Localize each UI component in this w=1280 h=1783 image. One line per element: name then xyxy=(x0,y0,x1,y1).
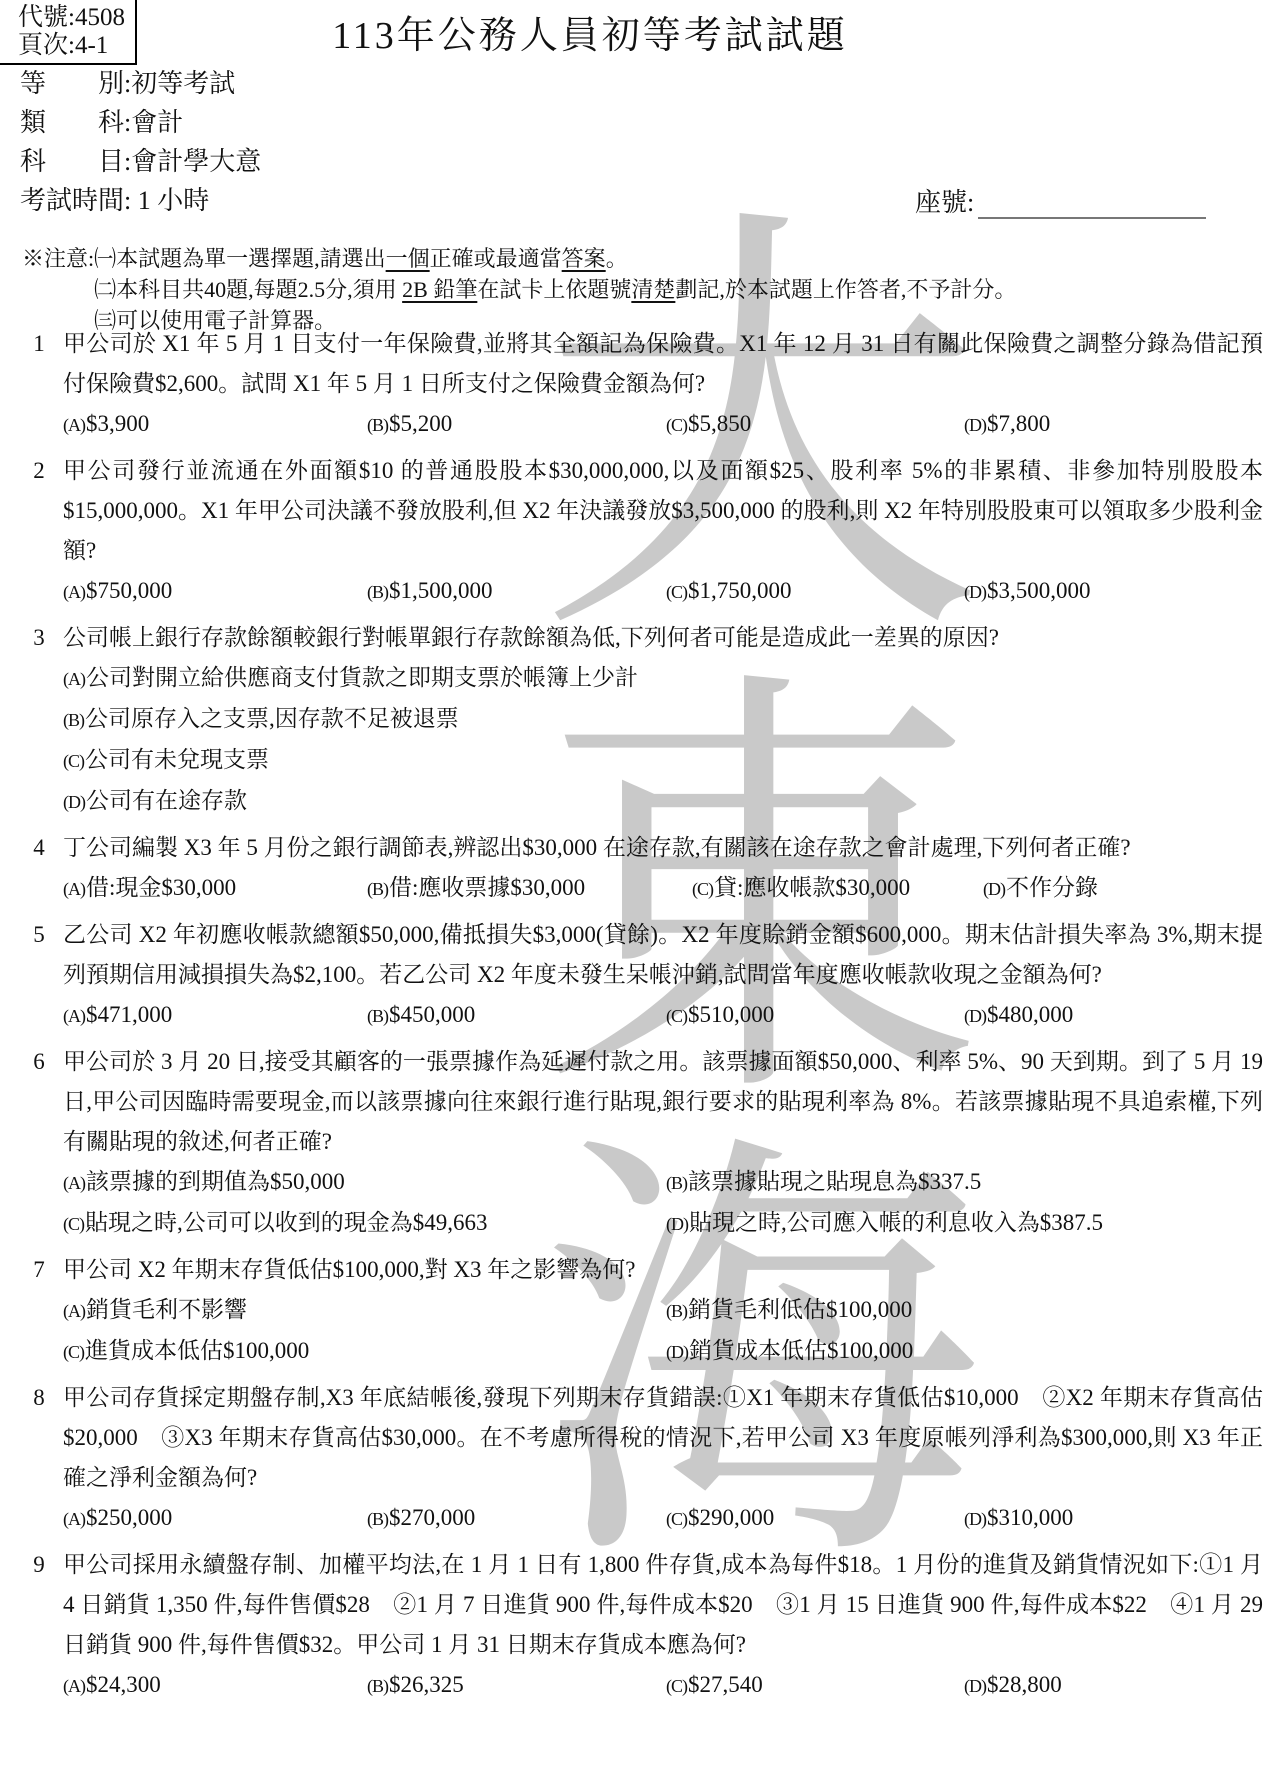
option-D: (D)不作分錄 xyxy=(983,868,1263,909)
option-B: (B)$270,000 xyxy=(367,1498,666,1539)
option-D: (D)$3,500,000 xyxy=(964,571,1263,612)
options: (A)$24,300(B)$26,325(C)$27,540(D)$28,800 xyxy=(63,1665,1263,1706)
option-key: (D) xyxy=(964,582,987,602)
option-text: $1,750,000 xyxy=(688,578,792,603)
question-text: 甲公司於 X1 年 5 月 1 日支付一年保險費,並將其全額記為保險費。X1 年… xyxy=(63,324,1263,404)
option-key: (D) xyxy=(666,1342,689,1362)
option-key: (A) xyxy=(63,1509,86,1529)
question-text: 乙公司 X2 年初應收帳款總額$50,000,備抵損失$3,000(貸餘)。X2… xyxy=(63,915,1263,995)
option-A: (A)借:現金$30,000 xyxy=(63,868,367,909)
options: (A)$250,000(B)$270,000(C)$290,000(D)$310… xyxy=(63,1498,1263,1539)
option-text: 銷貨毛利低估$100,000 xyxy=(688,1297,912,1322)
question-2: 2甲公司發行並流通在外面額$10 的普通股股本$30,000,000,以及面額$… xyxy=(20,451,1263,612)
option-text: $5,200 xyxy=(389,411,452,436)
option-key: (A) xyxy=(63,1301,86,1321)
option-key: (B) xyxy=(367,1676,389,1696)
option-B: (B)借:應收票據$30,000 xyxy=(367,868,692,909)
options: (A)銷貨毛利不影響(B)銷貨毛利低估$100,000(C)進貨成本低估$100… xyxy=(63,1290,1263,1372)
option-text: 該票據貼現之貼現息為$337.5 xyxy=(688,1169,981,1194)
question-text: 甲公司於 3 月 20 日,接受其顧客的一張票據作為延遲付款之用。該票據面額$5… xyxy=(63,1042,1263,1162)
question-list: 1甲公司於 X1 年 5 月 1 日支付一年保險費,並將其全額記為保險費。X1 … xyxy=(20,324,1263,1712)
option-B: (B)$26,325 xyxy=(367,1665,666,1706)
question-8: 8甲公司存貨採定期盤存制,X3 年底結帳後,發現下列期末存貨錯誤:①X1 年期末… xyxy=(20,1378,1263,1539)
option-key: (C) xyxy=(692,879,714,899)
option-key: (D) xyxy=(964,1676,987,1696)
exam-page: 大東海 代號:4508 頁次:4-1 113年公務人員初等考試試題 等 別:初等… xyxy=(0,0,1280,1783)
question-4: 4丁公司編製 X3 年 5 月份之銀行調節表,辨認出$30,000 在途存款,有… xyxy=(20,828,1263,909)
notice-underlined-text: 清楚 xyxy=(631,277,675,302)
option-key: (B) xyxy=(367,415,389,435)
question-text: 公司帳上銀行存款餘額較銀行對帳單銀行存款餘額為低,下列何者可能是造成此一差異的原… xyxy=(63,618,1263,658)
notice-item: ㈠本試題為單一選擇題,請選出一個正確或最適當答案。 xyxy=(94,243,1264,274)
option-key: (A) xyxy=(63,1006,86,1026)
option-key: (C) xyxy=(63,1342,85,1362)
option-D: (D)$310,000 xyxy=(964,1498,1263,1539)
option-key: (C) xyxy=(63,1214,85,1234)
notice-text: 正確或最適當 xyxy=(430,246,562,271)
meta-category: 類 科:會計 xyxy=(20,101,261,140)
seat-blank-line xyxy=(978,187,1206,219)
option-C: (C)貸:應收帳款$30,000 xyxy=(692,868,983,909)
notice-items: ㈠本試題為單一選擇題,請選出一個正確或最適當答案。㈡本科目共40題,每題2.5分… xyxy=(94,243,1264,336)
option-text: 不作分錄 xyxy=(1006,875,1098,900)
option-key: (A) xyxy=(63,582,86,602)
options: (A)公司對開立給供應商支付貨款之即期支票於帳簿上少計(B)公司原存入之支票,因… xyxy=(63,658,1263,822)
option-key: (B) xyxy=(666,1173,688,1193)
notice-text: 在試卡上依題號 xyxy=(477,277,631,302)
question-text: 甲公司採用永續盤存制、加權平均法,在 1 月 1 日有 1,800 件存貨,成本… xyxy=(63,1545,1263,1665)
option-text: 貼現之時,公司可以收到的現金為$49,663 xyxy=(85,1210,488,1235)
option-A: (A)$471,000 xyxy=(63,995,367,1036)
option-A: (A)$250,000 xyxy=(63,1498,367,1539)
option-text: $7,800 xyxy=(987,411,1050,436)
option-key: (A) xyxy=(63,1676,86,1696)
option-key: (B) xyxy=(367,1509,389,1529)
question-1: 1甲公司於 X1 年 5 月 1 日支付一年保險費,並將其全額記為保險費。X1 … xyxy=(20,324,1263,445)
option-text: $480,000 xyxy=(987,1002,1073,1027)
question-number: 3 xyxy=(20,618,58,658)
question-number: 1 xyxy=(20,324,58,364)
option-key: (D) xyxy=(964,1006,987,1026)
notice-underlined-text: 答案 xyxy=(562,246,606,271)
option-B: (B)$450,000 xyxy=(367,995,666,1036)
question-text: 甲公司發行並流通在外面額$10 的普通股股本$30,000,000,以及面額$2… xyxy=(63,451,1263,571)
option-text: $26,325 xyxy=(389,1672,464,1697)
option-key: (C) xyxy=(666,415,688,435)
option-D: (D)貼現之時,公司應入帳的利息收入為$387.5 xyxy=(666,1203,1263,1244)
option-key: (C) xyxy=(666,1006,688,1026)
option-D: (D)$28,800 xyxy=(964,1665,1263,1706)
option-text: $750,000 xyxy=(86,578,172,603)
option-C: (C)貼現之時,公司可以收到的現金為$49,663 xyxy=(63,1203,666,1244)
exam-meta: 等 別:初等考試 類 科:會計 科 目:會計學大意 考試時間: 1 小時 xyxy=(20,62,261,218)
option-text: $3,500,000 xyxy=(987,578,1091,603)
exam-title: 113年公務人員初等考試試題 xyxy=(190,4,990,59)
option-text: $310,000 xyxy=(987,1505,1073,1530)
option-C: (C)$27,540 xyxy=(666,1665,964,1706)
meta-duration: 考試時間: 1 小時 xyxy=(20,179,261,218)
option-text: 銷貨成本低估$100,000 xyxy=(689,1338,913,1363)
option-key: (B) xyxy=(367,879,389,899)
option-key: (B) xyxy=(666,1301,688,1321)
option-C: (C)$510,000 xyxy=(666,995,964,1036)
option-text: $450,000 xyxy=(389,1002,475,1027)
option-key: (A) xyxy=(63,879,86,899)
notice-underlined-text: 2B 鉛筆 xyxy=(402,277,477,302)
question-number: 9 xyxy=(20,1545,58,1585)
option-A: (A)銷貨毛利不影響 xyxy=(63,1290,666,1331)
option-B: (B)銷貨毛利低估$100,000 xyxy=(666,1290,1263,1331)
meta-grade: 等 別:初等考試 xyxy=(20,62,261,101)
question-text: 丁公司編製 X3 年 5 月份之銀行調節表,辨認出$30,000 在途存款,有關… xyxy=(63,828,1263,868)
option-text: 貼現之時,公司應入帳的利息收入為$387.5 xyxy=(689,1210,1103,1235)
option-text: $24,300 xyxy=(86,1672,161,1697)
options: (A)$471,000(B)$450,000(C)$510,000(D)$480… xyxy=(63,995,1263,1036)
option-key: (D) xyxy=(63,792,86,812)
question-number: 7 xyxy=(20,1250,58,1290)
notice-text: ㈠本試題為單一選擇題,請選出 xyxy=(94,246,386,271)
option-text: $28,800 xyxy=(987,1672,1062,1697)
option-text: 公司有在途存款 xyxy=(86,788,247,813)
option-key: (B) xyxy=(367,1006,389,1026)
question-number: 4 xyxy=(20,828,58,868)
options: (A)$750,000(B)$1,500,000(C)$1,750,000(D)… xyxy=(63,571,1263,612)
option-A: (A)$24,300 xyxy=(63,1665,367,1706)
option-C: (C)$5,850 xyxy=(666,404,964,445)
question-7: 7甲公司 X2 年期末存貨低估$100,000,對 X3 年之影響為何?(A)銷… xyxy=(20,1250,1263,1372)
option-key: (C) xyxy=(666,1676,688,1696)
option-D: (D)$7,800 xyxy=(964,404,1263,445)
option-D: (D)銷貨成本低估$100,000 xyxy=(666,1331,1263,1372)
option-text: $27,540 xyxy=(688,1672,763,1697)
option-A: (A)$3,900 xyxy=(63,404,367,445)
option-text: 銷貨毛利不影響 xyxy=(86,1297,247,1322)
seat-number: 座號: xyxy=(915,182,1206,219)
option-B: (B)公司原存入之支票,因存款不足被退票 xyxy=(63,699,1263,740)
notice-item: ㈡本科目共40題,每題2.5分,須用 2B 鉛筆在試卡上依題號清楚劃記,於本試題… xyxy=(94,274,1264,305)
options: (A)該票據的到期值為$50,000(B)該票據貼現之貼現息為$337.5(C)… xyxy=(63,1162,1263,1244)
option-A: (A)該票據的到期值為$50,000 xyxy=(63,1162,666,1203)
option-text: 借:現金$30,000 xyxy=(86,875,236,900)
option-text: $1,500,000 xyxy=(389,578,493,603)
options: (A)$3,900(B)$5,200(C)$5,850(D)$7,800 xyxy=(63,404,1263,445)
option-text: 該票據的到期值為$50,000 xyxy=(86,1169,345,1194)
option-key: (A) xyxy=(63,415,86,435)
option-key: (B) xyxy=(63,710,85,730)
notice-underlined-text: 一個 xyxy=(386,246,430,271)
option-key: (D) xyxy=(964,1509,987,1529)
question-number: 8 xyxy=(20,1378,58,1418)
notice-text: 劃記,於本試題上作答者,不予計分。 xyxy=(675,277,1016,302)
option-key: (A) xyxy=(63,669,86,689)
option-D: (D)公司有在途存款 xyxy=(63,781,1263,822)
question-9: 9甲公司採用永續盤存制、加權平均法,在 1 月 1 日有 1,800 件存貨,成… xyxy=(20,1545,1263,1706)
option-C: (C)進貨成本低估$100,000 xyxy=(63,1331,666,1372)
notice-prefix: ※注意: xyxy=(22,243,94,336)
notice-text: ㈡本科目共40題,每題2.5分,須用 xyxy=(94,277,402,302)
option-key: (B) xyxy=(367,582,389,602)
option-text: $250,000 xyxy=(86,1505,172,1530)
option-A: (A)$750,000 xyxy=(63,571,367,612)
notice-block: ※注意: ㈠本試題為單一選擇題,請選出一個正確或最適當答案。㈡本科目共40題,每… xyxy=(22,243,1264,336)
code-box: 代號:4508 頁次:4-1 xyxy=(0,0,137,65)
question-number: 6 xyxy=(20,1042,58,1082)
meta-subject: 科 目:會計學大意 xyxy=(20,140,261,179)
option-B: (B)$5,200 xyxy=(367,404,666,445)
option-C: (C)$290,000 xyxy=(666,1498,964,1539)
option-text: 公司原存入之支票,因存款不足被退票 xyxy=(85,706,459,731)
option-text: 公司有未兌現支票 xyxy=(85,747,269,772)
options: (A)借:現金$30,000(B)借:應收票據$30,000(C)貸:應收帳款$… xyxy=(63,868,1263,909)
option-text: $3,900 xyxy=(86,411,149,436)
option-key: (D) xyxy=(983,879,1006,899)
question-3: 3公司帳上銀行存款餘額較銀行對帳單銀行存款餘額為低,下列何者可能是造成此一差異的… xyxy=(20,618,1263,822)
seat-label: 座號: xyxy=(915,188,974,217)
option-A: (A)公司對開立給供應商支付貨款之即期支票於帳簿上少計 xyxy=(63,658,1263,699)
option-text: $270,000 xyxy=(389,1505,475,1530)
option-D: (D)$480,000 xyxy=(964,995,1263,1036)
notice-text: 。 xyxy=(606,246,628,271)
question-text: 甲公司存貨採定期盤存制,X3 年底結帳後,發現下列期末存貨錯誤:①X1 年期末存… xyxy=(63,1378,1263,1498)
option-B: (B)該票據貼現之貼現息為$337.5 xyxy=(666,1162,1263,1203)
option-text: 進貨成本低估$100,000 xyxy=(85,1338,309,1363)
option-C: (C)$1,750,000 xyxy=(666,571,964,612)
option-text: 貸:應收帳款$30,000 xyxy=(714,875,910,900)
question-5: 5乙公司 X2 年初應收帳款總額$50,000,備抵損失$3,000(貸餘)。X… xyxy=(20,915,1263,1036)
question-6: 6甲公司於 3 月 20 日,接受其顧客的一張票據作為延遲付款之用。該票據面額$… xyxy=(20,1042,1263,1244)
option-key: (C) xyxy=(666,582,688,602)
exam-code: 代號:4508 xyxy=(18,4,125,32)
question-number: 2 xyxy=(20,451,58,491)
option-B: (B)$1,500,000 xyxy=(367,571,666,612)
question-number: 5 xyxy=(20,915,58,955)
page-number: 頁次:4-1 xyxy=(18,32,125,60)
option-key: (D) xyxy=(964,415,987,435)
option-text: 借:應收票據$30,000 xyxy=(389,875,585,900)
option-text: $290,000 xyxy=(688,1505,774,1530)
option-C: (C)公司有未兌現支票 xyxy=(63,740,1263,781)
option-text: $471,000 xyxy=(86,1002,172,1027)
option-key: (A) xyxy=(63,1173,86,1193)
option-text: $510,000 xyxy=(688,1002,774,1027)
option-key: (C) xyxy=(666,1509,688,1529)
page-content: 代號:4508 頁次:4-1 113年公務人員初等考試試題 等 別:初等考試 類… xyxy=(0,0,1280,1783)
question-text: 甲公司 X2 年期末存貨低估$100,000,對 X3 年之影響為何? xyxy=(63,1250,1263,1290)
option-key: (D) xyxy=(666,1214,689,1234)
option-key: (C) xyxy=(63,751,85,771)
option-text: 公司對開立給供應商支付貨款之即期支票於帳簿上少計 xyxy=(86,665,638,690)
option-text: $5,850 xyxy=(688,411,751,436)
